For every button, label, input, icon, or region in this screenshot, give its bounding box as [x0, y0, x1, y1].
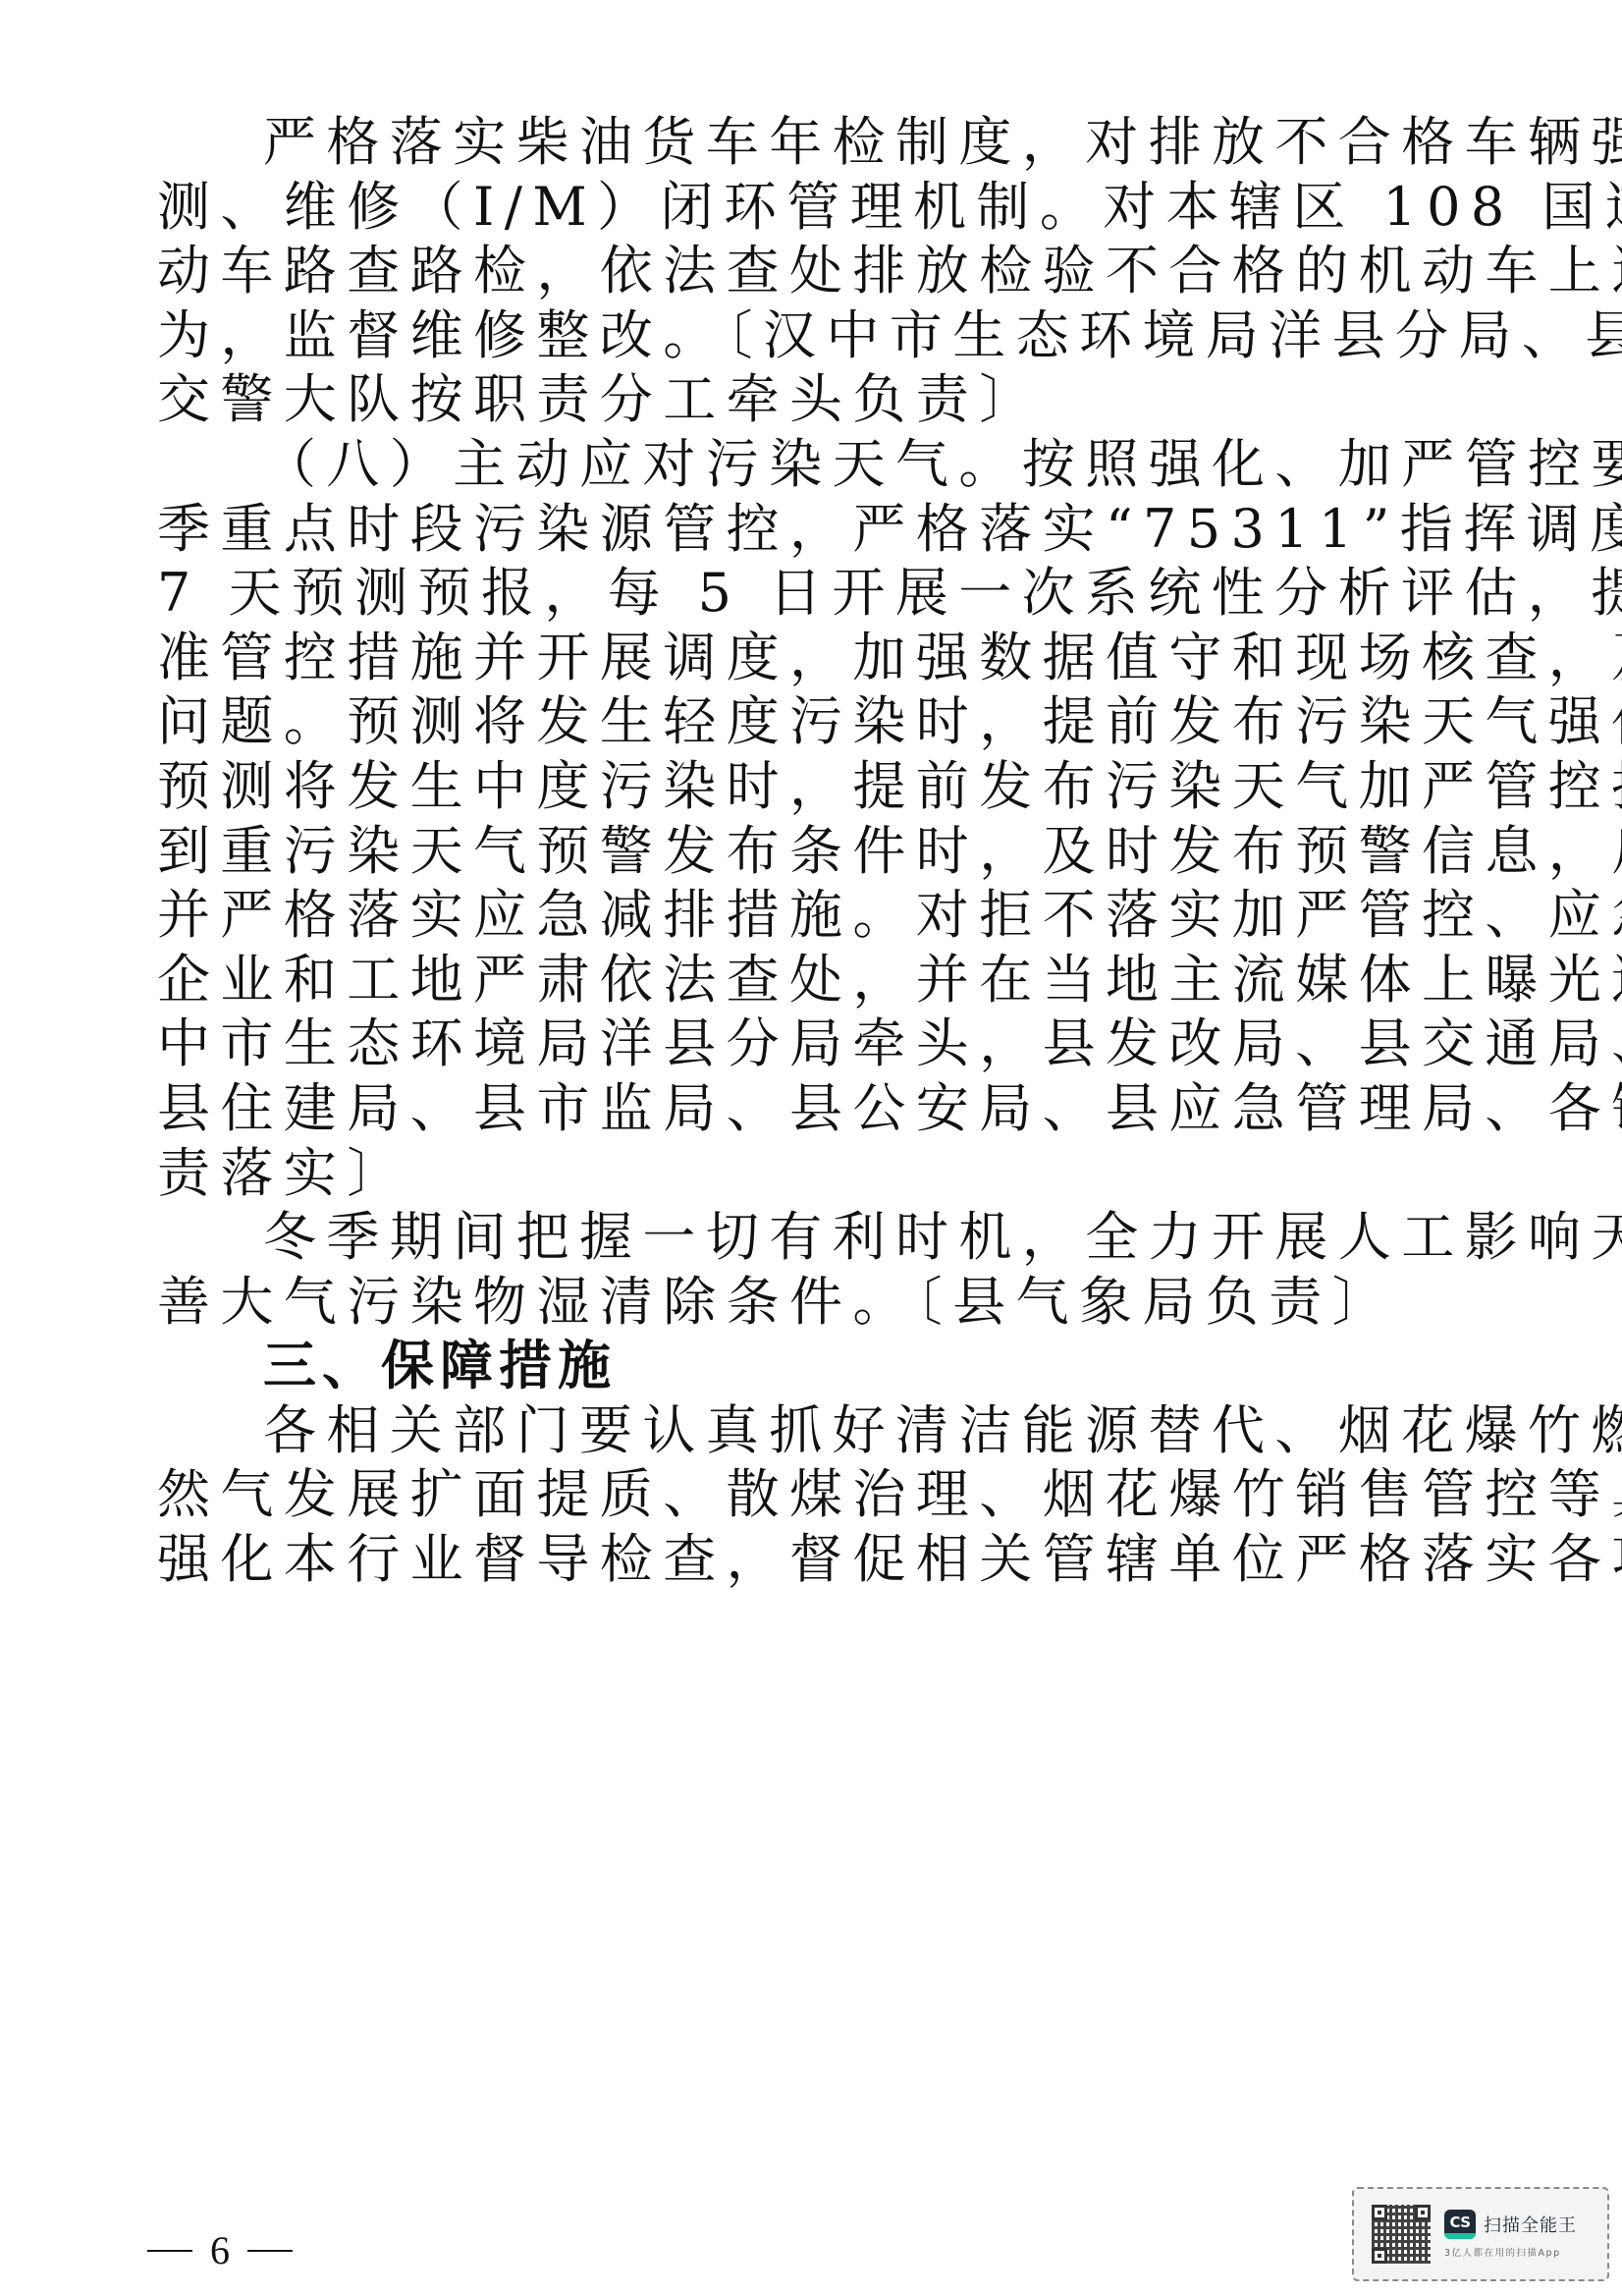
paragraph-line: 动车路查路检，依法查处排放检验不合格的机动车上道路行驶行	[157, 239, 1561, 303]
body-text: 严格落实柴油货车年检制度，对排放不合格车辆强制执行检 测、维修（I/M）闭环管理…	[157, 110, 1561, 1592]
app-name: 扫描全能王	[1484, 2212, 1577, 2237]
dash-right	[247, 2250, 293, 2252]
paragraph-line: 并严格落实应急减排措施。对拒不落实加严管控、应急减排措施的	[157, 883, 1561, 948]
dash-left	[147, 2250, 192, 2252]
paragraph-line: 准管控措施并开展调度，加强数据值守和现场核查，及时整治突出	[157, 626, 1561, 690]
qr-code-icon	[1372, 2205, 1431, 2264]
section-eight-line: （八）主动应对污染天气。按照强化、加严管控要求，强化冬	[157, 432, 1561, 497]
paragraph-line: 7 天预测预报，每 5 日开展一次系统性分析评估，提前 3 天下达精	[157, 561, 1561, 626]
paragraph-line: 问题。预测将发生轻度污染时，提前发布污染天气强化管控指令。	[157, 689, 1561, 754]
paragraph-line: 冬季期间把握一切有利时机，全力开展人工影响天气作业，改	[157, 1205, 1561, 1270]
paragraph-line: 然气发展扩面提质、散煤治理、烟花爆竹销售管控等具体任务落实，	[157, 1462, 1561, 1527]
paragraph-line: 预测将发生中度污染时，提前发布污染天气加严管控指令。预测达	[157, 754, 1561, 819]
app-tagline: 3亿人都在用的扫描App	[1444, 2245, 1577, 2259]
paragraph-line: 严格落实柴油货车年检制度，对排放不合格车辆强制执行检	[157, 110, 1561, 175]
paragraph-line: 各相关部门要认真抓好清洁能源替代、烟花爆竹燃放管控、天	[157, 1398, 1561, 1463]
paragraph-line: 中市生态环境局洋县分局牵头，县发改局、县交通局、县经贸局、	[157, 1011, 1561, 1076]
paragraph-line: 责落实〕	[157, 1141, 1561, 1206]
page-number: 6	[147, 2221, 293, 2280]
paragraph-line: 善大气污染物湿清除条件。〔县气象局负责〕	[157, 1270, 1561, 1335]
document-page: 严格落实柴油货车年检制度，对排放不合格车辆强制执行检 测、维修（I/M）闭环管理…	[0, 0, 1622, 2296]
paragraph-line: 到重污染天气预警发布条件时，及时发布预警信息，启动应急响应，	[157, 819, 1561, 884]
paragraph-line: 测、维修（I/M）闭环管理机制。对本辖区 108 国道常态化开展机	[157, 175, 1561, 240]
paragraph-line: 企业和工地严肃依法查处，并在当地主流媒体上曝光违法行为。〔汉	[157, 948, 1561, 1012]
scanner-watermark: CS 扫描全能王 3亿人都在用的扫描App	[1352, 2187, 1609, 2281]
camscanner-logo-icon: CS	[1444, 2210, 1476, 2239]
paragraph-line: 强化本行业督导检查，督促相关管辖单位严格落实各项大气污染治	[157, 1527, 1561, 1592]
page-number-value: 6	[210, 2221, 230, 2280]
paragraph-line: 县住建局、县市监局、县公安局、县应急管理局、各镇（街道）负	[157, 1076, 1561, 1141]
paragraph-line: 为，监督维修整改。〔汉中市生态环境局洋县分局、县交通局、县	[157, 303, 1561, 368]
paragraph-line: 季重点时段污染源管控，严格落实“75311”指挥调度机制，提前	[157, 497, 1561, 562]
section-heading: 三、保障措施	[157, 1334, 1561, 1398]
paragraph-line: 交警大队按职责分工牵头负责〕	[157, 367, 1561, 432]
